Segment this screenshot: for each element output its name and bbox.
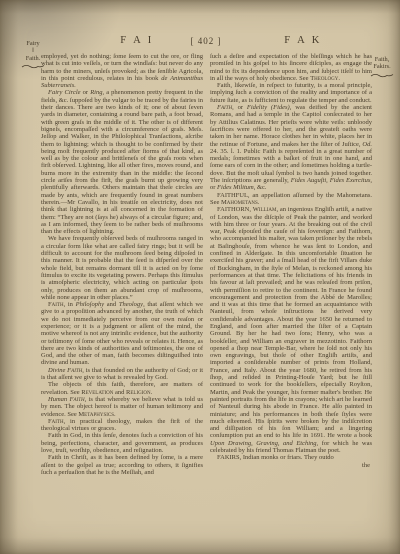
paragraph: FAKIRS, Indian monks or friars. They out… (210, 454, 372, 461)
text-run: Revelation (81, 389, 113, 396)
paragraph: We have frequently obſerved beds of muſh… (41, 235, 203, 301)
text-run: Fidelity (Fides) (247, 104, 290, 111)
text-run: Faith (48, 301, 64, 308)
catchword: the (210, 462, 372, 469)
margin-rule (370, 72, 394, 79)
paragraph: employed, yet do nothing; ſome ſeem to c… (41, 53, 203, 89)
text-run: Divine (48, 367, 67, 374)
paragraph: Faith, in practical theology, makes the … (41, 418, 203, 433)
text-run: , in (64, 301, 76, 308)
paragraph: FAITHORN, William, an ingenious Engliſh … (210, 206, 372, 454)
text-run: , or (232, 104, 247, 111)
running-head-right: F A K (284, 35, 322, 46)
paragraph: Divine Faith, is that founded on the aut… (41, 367, 203, 382)
paragraph: Fairy Circle or Ring, a phenomenon prett… (41, 89, 203, 235)
text-run: . (151, 389, 153, 396)
text-run: , in practical theology, makes the firſt… (41, 418, 203, 432)
text-run: Ring (90, 89, 102, 96)
text-run: Faith (217, 104, 232, 111)
text-run: Metaphysics (78, 411, 114, 418)
text-run: FAKIRS, Indian monks or friars. They out… (217, 454, 334, 461)
running-head-left: F A I (120, 35, 154, 46)
text-run: We have frequently obſerved beds of muſh… (41, 235, 203, 300)
text-run: Fides Auguſti, Fides Exercitus, (291, 177, 372, 184)
paragraph: Faith, or Fidelity (Fides), was deified … (210, 104, 372, 192)
text-run: Mahometans (221, 199, 258, 206)
paragraph: FAITHFUL, an appellation aſſumed by the … (210, 192, 372, 207)
text-run: Human (48, 396, 70, 403)
paragraph: Faith, likewiſe, in reſpect to futurity,… (210, 82, 372, 104)
text-run: . (258, 199, 260, 206)
text-run: , &c. (254, 184, 267, 191)
text-run: . (114, 411, 116, 418)
text-run: Upon Drawing, Graving, and Etching, (210, 440, 318, 447)
page-number: [ 402 ] (191, 36, 222, 46)
text-run: Faith (48, 418, 64, 425)
text-run: William (253, 206, 277, 213)
paragraph: Faith, in Philoſophy and Theology, that … (41, 301, 203, 367)
book-page: F A I [ 402 ] F A K Fairy ‖ Faith. Faith… (0, 0, 400, 554)
text-run: or (210, 184, 217, 191)
text-run: Od. (362, 141, 372, 148)
paragraph: The objects of this faith, therefore, ar… (41, 381, 203, 396)
text-run: Faith in Chriſt, as it has been defined … (41, 454, 203, 476)
paragraph: Human Faith, is that whereby we believe … (41, 396, 203, 418)
paragraph: Faith in Chriſt, as it has been defined … (41, 454, 203, 476)
text-block: employed, yet do nothing; ſome ſeem to c… (41, 53, 372, 476)
text-run: FAITHORN, (217, 206, 253, 213)
paragraph: ſuch a deſire and expectation of the ble… (210, 53, 372, 82)
running-head: F A I [ 402 ] F A K (40, 35, 372, 48)
text-run: Faith (70, 396, 85, 403)
text-run: Theology (119, 301, 143, 308)
text-run: Theology (310, 75, 338, 82)
text-run: Faith in God, in this ſenſe, denotes ſuc… (41, 432, 203, 454)
text-run: , an ingenious Engliſh artiſt, a native … (210, 206, 372, 439)
text-run: Faith (67, 367, 82, 374)
text-run: and (113, 389, 126, 396)
text-run: and (104, 301, 119, 308)
text-column-left: employed, yet do nothing; ſome ſeem to c… (41, 53, 203, 476)
text-run: Religion (126, 389, 151, 396)
text-run: , that aſſent which we give to a propoſi… (41, 301, 203, 366)
text-run: Faith, likewiſe, in reſpect to futurity,… (210, 82, 372, 104)
text-run: ſuch a deſire and expectation of the ble… (210, 53, 372, 82)
margin-note-line: Fairy (18, 40, 48, 47)
text-run: Philoſophy (76, 301, 105, 308)
text-run: or (81, 89, 91, 96)
text-run: . (338, 75, 340, 82)
text-column-right: ſuch a deſire and expectation of the ble… (210, 53, 372, 476)
paragraph: Faith in God, in this ſenſe, denotes ſuc… (41, 432, 203, 454)
text-run: , a phenomenon pretty frequent in the fi… (41, 89, 203, 235)
text-run: Fides Militum (217, 184, 254, 191)
text-run: Fairy Circle (48, 89, 81, 96)
text-run: , was deified by the ancient Romans, and… (210, 104, 372, 147)
